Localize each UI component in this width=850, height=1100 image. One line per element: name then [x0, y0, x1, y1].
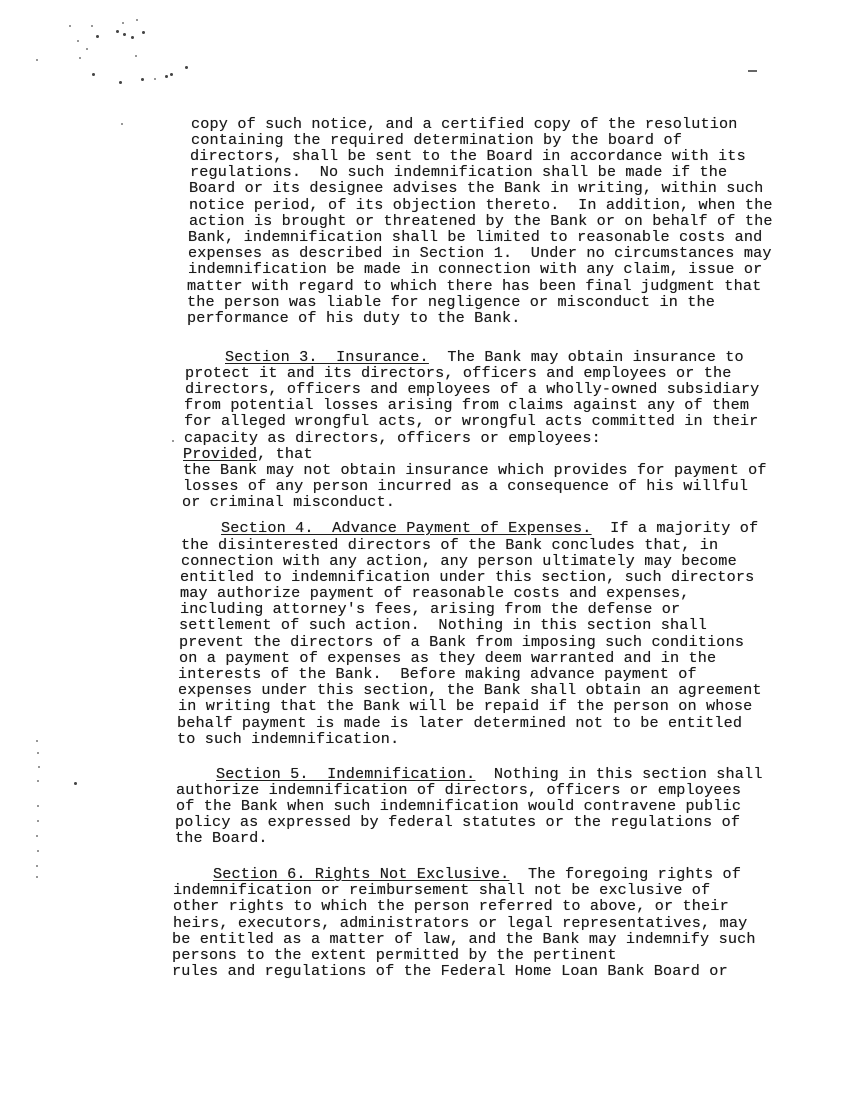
scan-speck	[122, 22, 124, 24]
text-line: behalf payment is made is later determin…	[177, 715, 742, 731]
scan-speck	[36, 59, 38, 61]
text-run: If a majority of	[592, 519, 759, 537]
text-line: rules and regulations of the Federal Hom…	[172, 963, 728, 979]
scan-speck	[185, 66, 188, 69]
text-line: performance of his duty to the Bank.	[187, 310, 521, 326]
text-line: directors, shall be sent to the Board in…	[190, 148, 746, 164]
text-line: the disinterested directors of the Bank …	[181, 537, 718, 553]
text-line: matter with regard to which there has be…	[187, 278, 761, 294]
text-line: policy as expressed by federal statutes …	[175, 814, 740, 830]
scan-speck	[36, 865, 38, 867]
text-line: for alleged wrongful acts, or wrongful a…	[184, 413, 758, 429]
text-line: indemnification or reimbursement shall n…	[173, 882, 710, 898]
scan-speck	[135, 55, 137, 57]
text-line: the Bank may not obtain insurance which …	[183, 462, 767, 478]
text-line: from potential losses arising from claim…	[184, 397, 749, 413]
scan-speck	[123, 33, 126, 36]
text-line: entitled to indemnification under this s…	[180, 569, 754, 585]
text-line: expenses as described in Section 1. Unde…	[188, 245, 772, 261]
text-line: other rights to which the person referre…	[173, 898, 729, 914]
text-line: be entitled as a matter of law, and the …	[172, 931, 756, 947]
text-line: Bank, indemnification shall be limited t…	[188, 229, 762, 245]
scan-speck	[86, 48, 88, 50]
text-line: prevent the directors of a Bank from imp…	[179, 634, 744, 650]
text-line: action is brought or threatened by the B…	[189, 213, 773, 229]
scan-speck	[170, 73, 173, 76]
section-6-first-line: Section 6. Rights Not Exclusive. The for…	[213, 866, 741, 882]
scan-speck	[79, 57, 81, 59]
scan-speck	[74, 782, 77, 785]
section-4-first-line: Section 4. Advance Payment of Expenses. …	[221, 520, 758, 536]
text-line: directors, officers and employees of a w…	[185, 381, 759, 397]
scan-speck	[36, 835, 38, 837]
text-line: heirs, executors, administrators or lega…	[173, 915, 747, 931]
text-line: regulations. No such indemnification sha…	[190, 164, 727, 180]
scan-speck	[92, 73, 95, 76]
text-line: indemnification be made in connection wi…	[188, 261, 762, 277]
text-line: expenses under this section, the Bank sh…	[178, 682, 762, 698]
text-line: including attorney's fees, arising from …	[180, 601, 680, 617]
scan-mark	[748, 70, 757, 72]
scan-speck	[37, 752, 39, 754]
scan-speck	[91, 25, 93, 27]
text-line: containing the required determination by…	[191, 132, 682, 148]
text-line: capacity as directors, officers or emplo…	[184, 430, 610, 446]
text-line: on a payment of expenses as they deem wa…	[179, 650, 716, 666]
scan-speck	[36, 740, 38, 742]
scan-speck	[154, 78, 156, 80]
text-line: protect it and its directors, officers a…	[185, 365, 732, 381]
section-heading: Section 4. Advance Payment of Expenses.	[221, 519, 592, 537]
scan-speck	[37, 820, 39, 822]
scan-speck	[37, 850, 39, 852]
text-line: in writing that the Bank will be repaid …	[178, 698, 752, 714]
text-line: Board or its designee advises the Bank i…	[189, 180, 763, 196]
scan-speck	[121, 123, 123, 125]
text-line: the person was liable for negligence or …	[187, 294, 715, 310]
scan-speck	[69, 25, 71, 27]
scan-speck	[116, 30, 119, 33]
text-line-provided: Provided, that	[183, 446, 313, 462]
scan-speck	[38, 766, 40, 768]
scan-speck	[165, 75, 168, 78]
text-line: interests of the Bank. Before making adv…	[178, 666, 697, 682]
scan-speck	[37, 805, 39, 807]
text-line: authorize indemnification of directors, …	[176, 782, 741, 798]
text-line: to such indemnification.	[177, 731, 399, 747]
text-line: the Board.	[175, 830, 268, 846]
scan-speck	[36, 876, 38, 878]
scan-speck	[172, 440, 174, 442]
scan-speck	[77, 40, 79, 42]
scan-speck	[119, 81, 122, 84]
text-line: connection with any action, any person u…	[181, 553, 737, 569]
section-5-first-line: Section 5. Indemnification. Nothing in t…	[216, 766, 763, 782]
text-line: copy of such notice, and a certified cop…	[191, 116, 738, 132]
text-line: settlement of such action. Nothing in th…	[179, 617, 707, 633]
scan-speck	[141, 78, 144, 81]
text-line: or criminal misconduct.	[182, 494, 395, 510]
scan-speck	[136, 19, 138, 21]
scan-speck	[142, 31, 145, 34]
scan-speck	[96, 35, 99, 38]
scan-speck	[37, 780, 39, 782]
text-line: may authorize payment of reasonable cost…	[180, 585, 690, 601]
text-line: notice period, of its objection thereto.…	[189, 197, 773, 213]
text-line: persons to the extent permitted by the p…	[172, 947, 617, 963]
section-3-first-line: Section 3. Insurance. The Bank may obtai…	[225, 349, 744, 365]
text-line: losses of any person incurred as a conse…	[183, 478, 748, 494]
document-page: copy of such notice, and a certified cop…	[0, 0, 850, 1100]
text-line: of the Bank when such indemnification wo…	[176, 798, 741, 814]
scan-speck	[131, 36, 134, 39]
